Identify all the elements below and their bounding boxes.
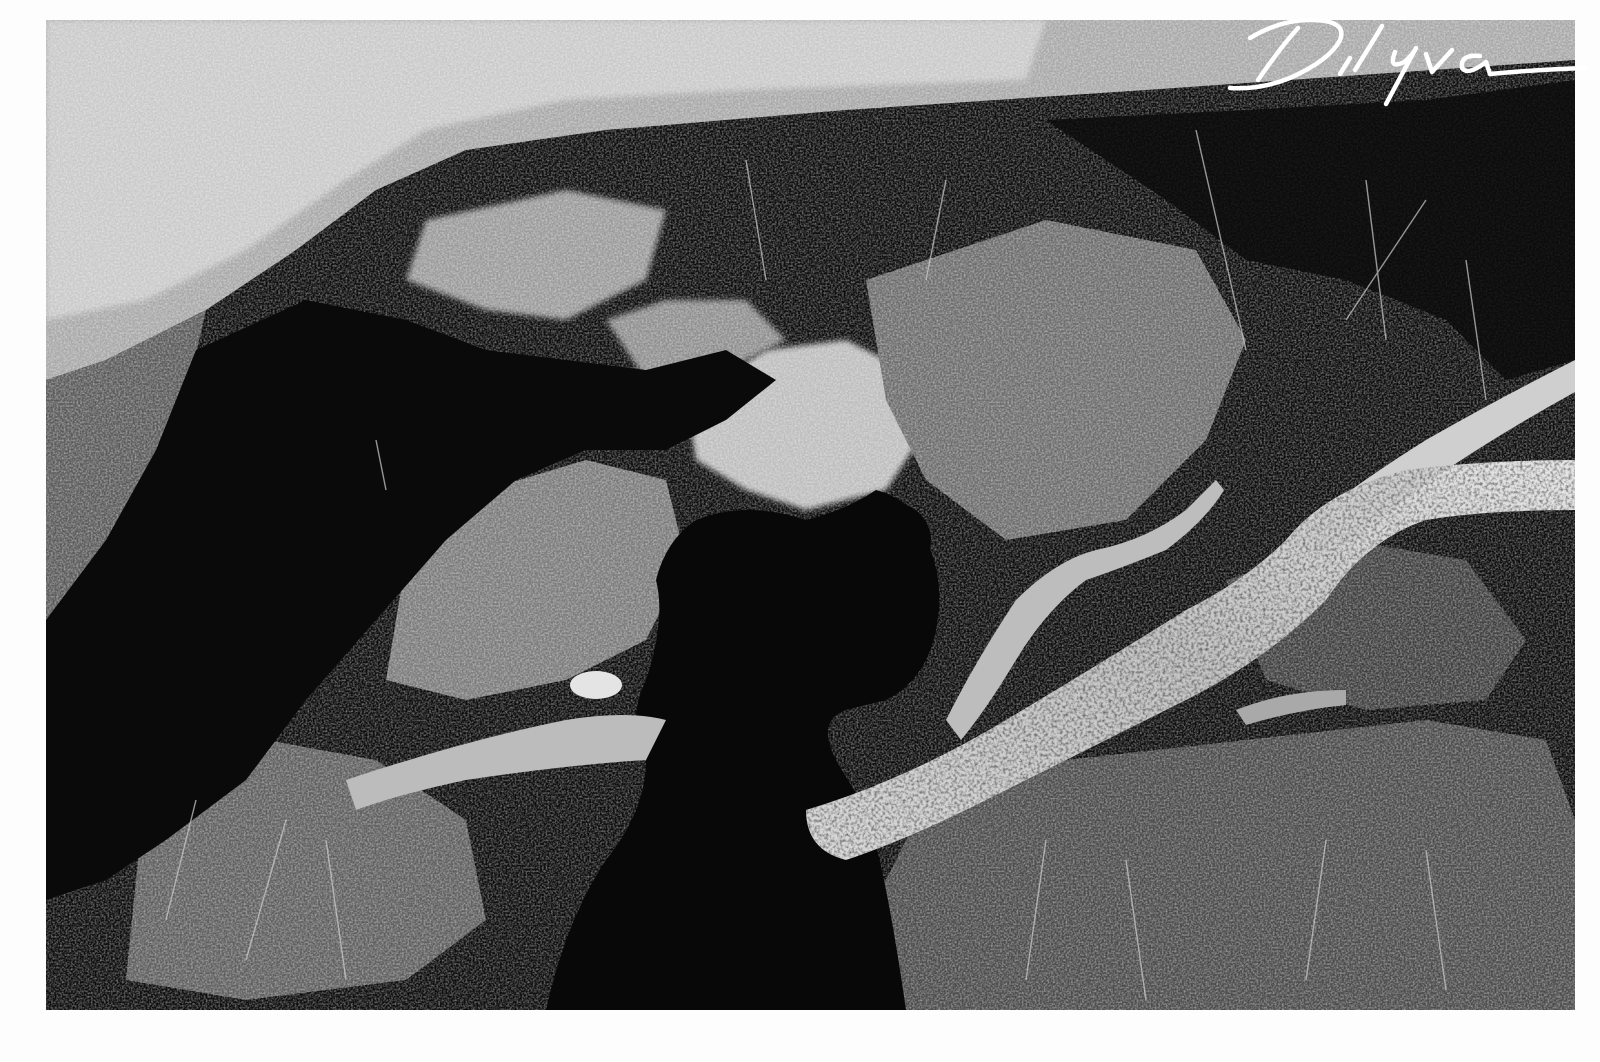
- photo-paper: Dilgva: [0, 0, 1600, 1062]
- stone: [570, 671, 622, 699]
- photo-scene: [46, 20, 1575, 1010]
- photograph: [46, 20, 1575, 1010]
